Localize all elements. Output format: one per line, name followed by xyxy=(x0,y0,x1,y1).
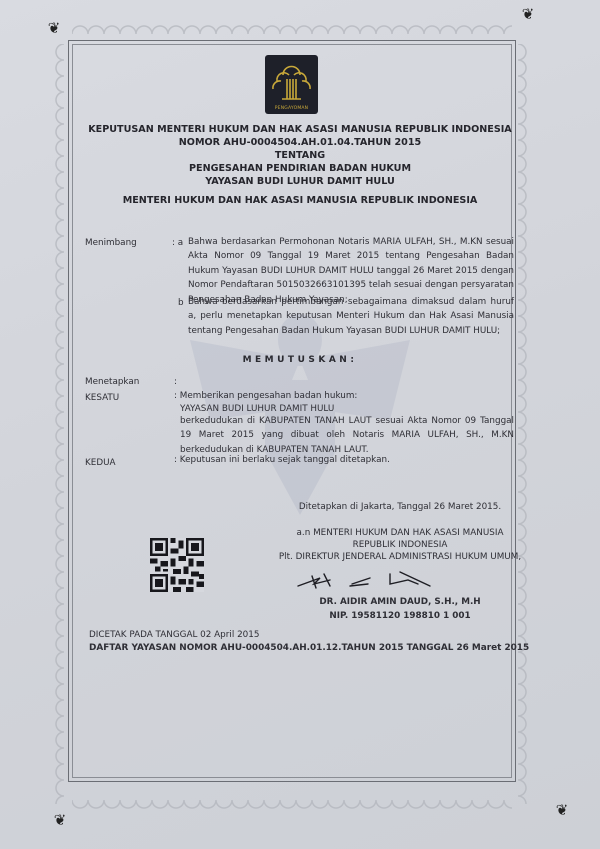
menetapkan-colon: : xyxy=(174,377,177,387)
logo-caption: PENGAYOMAN xyxy=(265,106,318,111)
signatory-name: DR. AIDIR AMIN DAUD, S.H., M.H xyxy=(270,597,530,607)
border-pattern-top xyxy=(72,18,512,34)
border-pattern-bottom xyxy=(72,800,512,816)
place-date: Ditetapkan di Jakarta, Tanggal 26 Maret … xyxy=(280,502,520,512)
on-behalf-line1: a.n MENTERI HUKUM DAN HAK ASASI MANUSIA xyxy=(270,528,530,538)
menimbang-label: Menimbang xyxy=(85,238,137,248)
menimbang-b-text: Bahwa berdasarkan pertimbangan sebagaima… xyxy=(188,295,514,338)
kedua-label: KEDUA xyxy=(85,458,116,468)
kesatu-label: KESATU xyxy=(85,393,119,403)
signatory-nip: NIP. 19581120 198810 1 001 xyxy=(270,611,530,621)
border-pattern-left xyxy=(48,44,64,804)
qr-code-icon xyxy=(150,538,204,592)
menimbang-b-marker: b xyxy=(178,298,184,308)
kedua-text: : Keputusan ini berlaku sejak tanggal di… xyxy=(174,455,390,465)
pengayoman-logo: PENGAYOMAN xyxy=(265,55,318,114)
border-pattern-right xyxy=(518,44,534,804)
decree-title: KEPUTUSAN MENTERI HUKUM DAN HAK ASASI MA… xyxy=(80,124,520,135)
kesatu-text: berkedudukan di KABUPATEN TANAH LAUT ses… xyxy=(180,414,514,457)
decree-about: TENTANG xyxy=(80,150,520,161)
corner-ornament-icon: ❦ xyxy=(46,20,62,36)
printed-date: DICETAK PADA TANGGAL 02 April 2015 xyxy=(89,630,259,640)
kesatu-intro: : Memberikan pengesahan badan hukum: xyxy=(174,391,357,401)
kesatu-foundation-name: YAYASAN BUDI LUHUR DAMIT HULU xyxy=(180,404,334,414)
corner-ornament-icon: ❦ xyxy=(520,6,536,22)
signature-icon xyxy=(290,568,440,590)
decree-foundation-name: YAYASAN BUDI LUHUR DAMIT HULU xyxy=(80,176,520,187)
decree-subject: PENGESAHAN PENDIRIAN BADAN HUKUM xyxy=(80,163,520,174)
on-behalf-line2: REPUBLIK INDONESIA xyxy=(270,540,530,550)
corner-ornament-icon: ❦ xyxy=(554,802,570,818)
registry-number: DAFTAR YAYASAN NOMOR AHU-0004504.AH.01.1… xyxy=(89,643,529,653)
menetapkan-label: Menetapkan xyxy=(85,377,139,387)
memutuskan-heading: MEMUTUSKAN: xyxy=(80,355,520,365)
decree-issuer: MENTERI HUKUM DAN HAK ASASI MANUSIA REPU… xyxy=(80,195,520,206)
signatory-position: Plt. DIREKTUR JENDERAL ADMINISTRASI HUKU… xyxy=(260,552,540,562)
corner-ornament-icon: ❦ xyxy=(52,812,68,828)
pengayoman-tree-icon xyxy=(271,59,312,103)
menimbang-a-marker: : a xyxy=(172,238,183,248)
decree-number: NOMOR AHU-0004504.AH.01.04.TAHUN 2015 xyxy=(80,137,520,148)
